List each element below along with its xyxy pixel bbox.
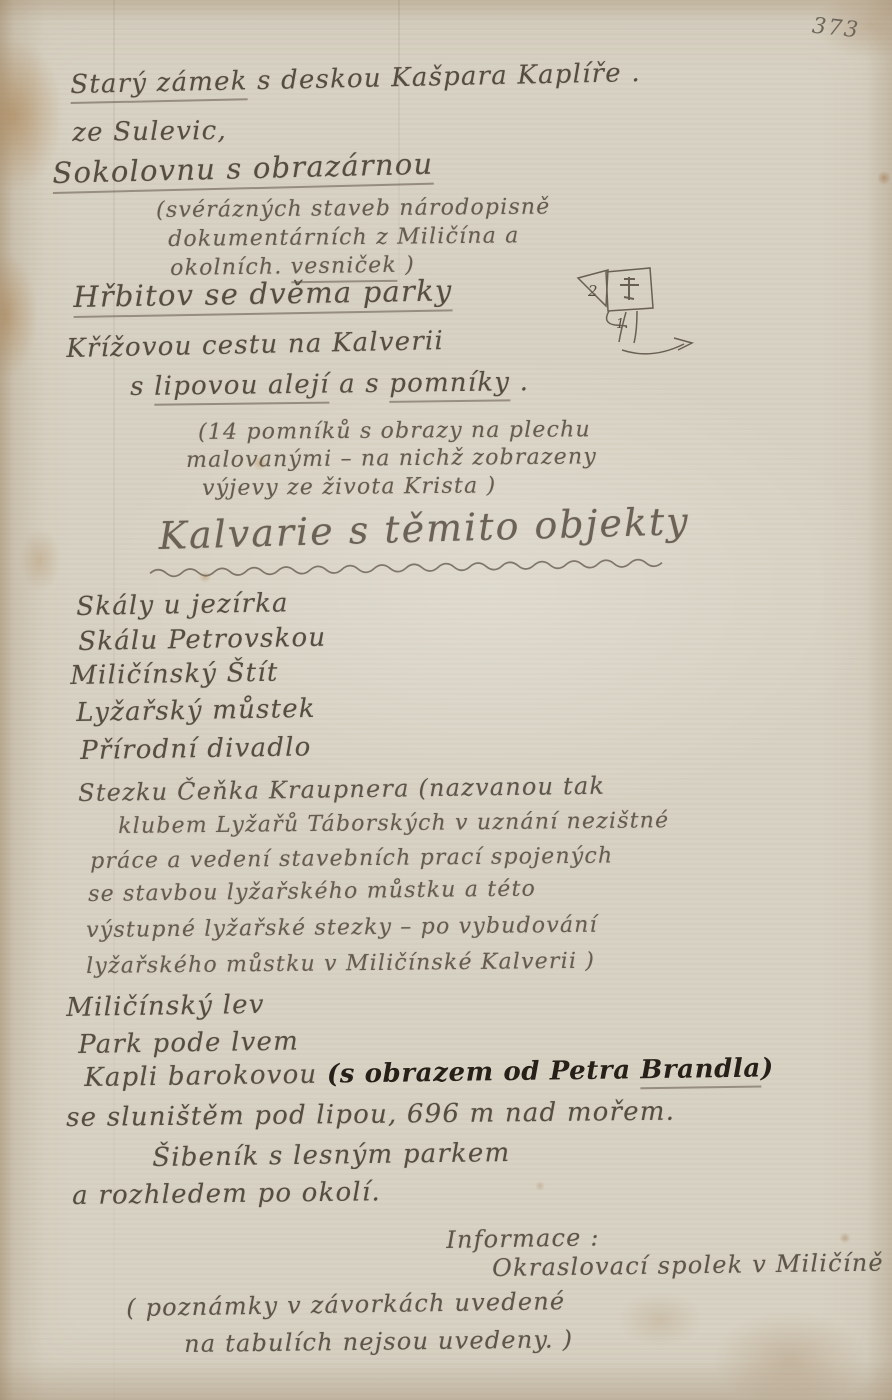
manuscript-line: klubem Lyžařů Táborských v uznání nezišt… [118,808,669,839]
line-text: Kapli barokovou [84,1060,327,1093]
line-text: a s [329,369,389,400]
manuscript-line: a rozhledem po okolí. [72,1177,381,1211]
manuscript-line: malovanými – na nichž zobrazeny [186,444,597,473]
manuscript-line: Starý zámek s deskou Kašpara Kaplíře . [70,58,641,100]
list-item: Lyžařský můstek [76,694,316,728]
manuscript-line: se sluništěm pod lipou, 696 m nad mořem. [66,1097,675,1133]
line-text-underlined: Sokolovnu s obrazárnou [52,147,434,194]
manuscript-line: ( poznámky v závorkách uvedené [126,1287,566,1322]
manuscript-line: se stavbou lyžařského můstku a této [88,877,536,907]
manuscript-line: Informace : [446,1223,600,1254]
list-item: Skálu Petrovskou [78,623,327,657]
manuscript-line: Šibeník s lesným parkem [152,1138,511,1173]
manuscript-line: dokumentárních z Miličína a [168,223,520,252]
wavy-underline [148,555,663,580]
manuscript-line: s lipovou alejí a s pomníky . [130,367,529,402]
section-heading: Kalvarie s těmito objekty [158,499,690,558]
manuscript-line: práce a vedení stavebních prací spojenýc… [90,844,613,874]
manuscript-line: výstupné lyžařské stezky – po vybudování [86,913,598,943]
sketch-arrow-shaft [622,344,684,354]
list-item: Přírodní divadlo [80,732,312,766]
manuscript-line: lyžařského můstku v Miličínské Kalverii … [86,949,595,979]
line-text-ink: ) [761,1053,774,1083]
sketch-path-line [634,311,637,343]
manuscript-line: (14 pomníků s obrazy na plechu [198,417,591,445]
manuscript-line: Stezku Čeňka Kraupnera (nazvanou tak [78,772,605,807]
line-text-ink-underlined: Brandla [640,1054,761,1090]
manuscript-line: Okraslovací spolek v Miličíně [492,1249,884,1282]
cross-icon [620,277,639,300]
manuscript-line: výjevy ze života Krista ) [202,473,496,501]
line-text: s deskou Kašpara Kaplíře . [247,58,641,96]
list-item: Skály u jezírka [76,588,289,622]
list-item: Miličínský Štít [70,658,279,691]
manuscript-line: na tabulích nejsou uvedeny. ) [184,1325,573,1358]
line-text-underlined: Hřbitov se dvěma parky [73,273,453,318]
manuscript-line: Kapli barokovou (s obrazem od Petra Bran… [84,1053,774,1093]
line-text-ink: (s obrazem od Petra [327,1055,641,1089]
manuscript-line: Sokolovnu s obrazárnou [52,147,434,190]
line-text-underlined: Starý zámek [70,66,248,104]
manuscript-line: ze Sulevic, [72,116,227,148]
sketch-label-top: 2 [587,282,598,300]
line-text-underlined: pomníky [389,367,510,402]
manuscript-line: Hřbitov se dvěma parky [73,273,453,314]
manuscript-line: (svérázných staveb národopisně [156,195,551,223]
cemetery-plan-sketch: 2 1. [570,266,702,366]
page-number: 373 [811,14,861,44]
manuscript-line: Křížovou cestu na Kalverii [66,326,444,364]
sketch-label-bottom: 1. [616,317,628,332]
line-text: s [130,372,154,402]
line-text-underlined: lipovou alejí [154,370,330,406]
list-item: Park pode lvem [78,1027,299,1060]
manuscript-page: 373 Starý zámek s deskou Kašpara Kaplíře… [0,0,892,1400]
list-item: Miličínský lev [66,990,265,1023]
line-text: . [510,367,529,397]
